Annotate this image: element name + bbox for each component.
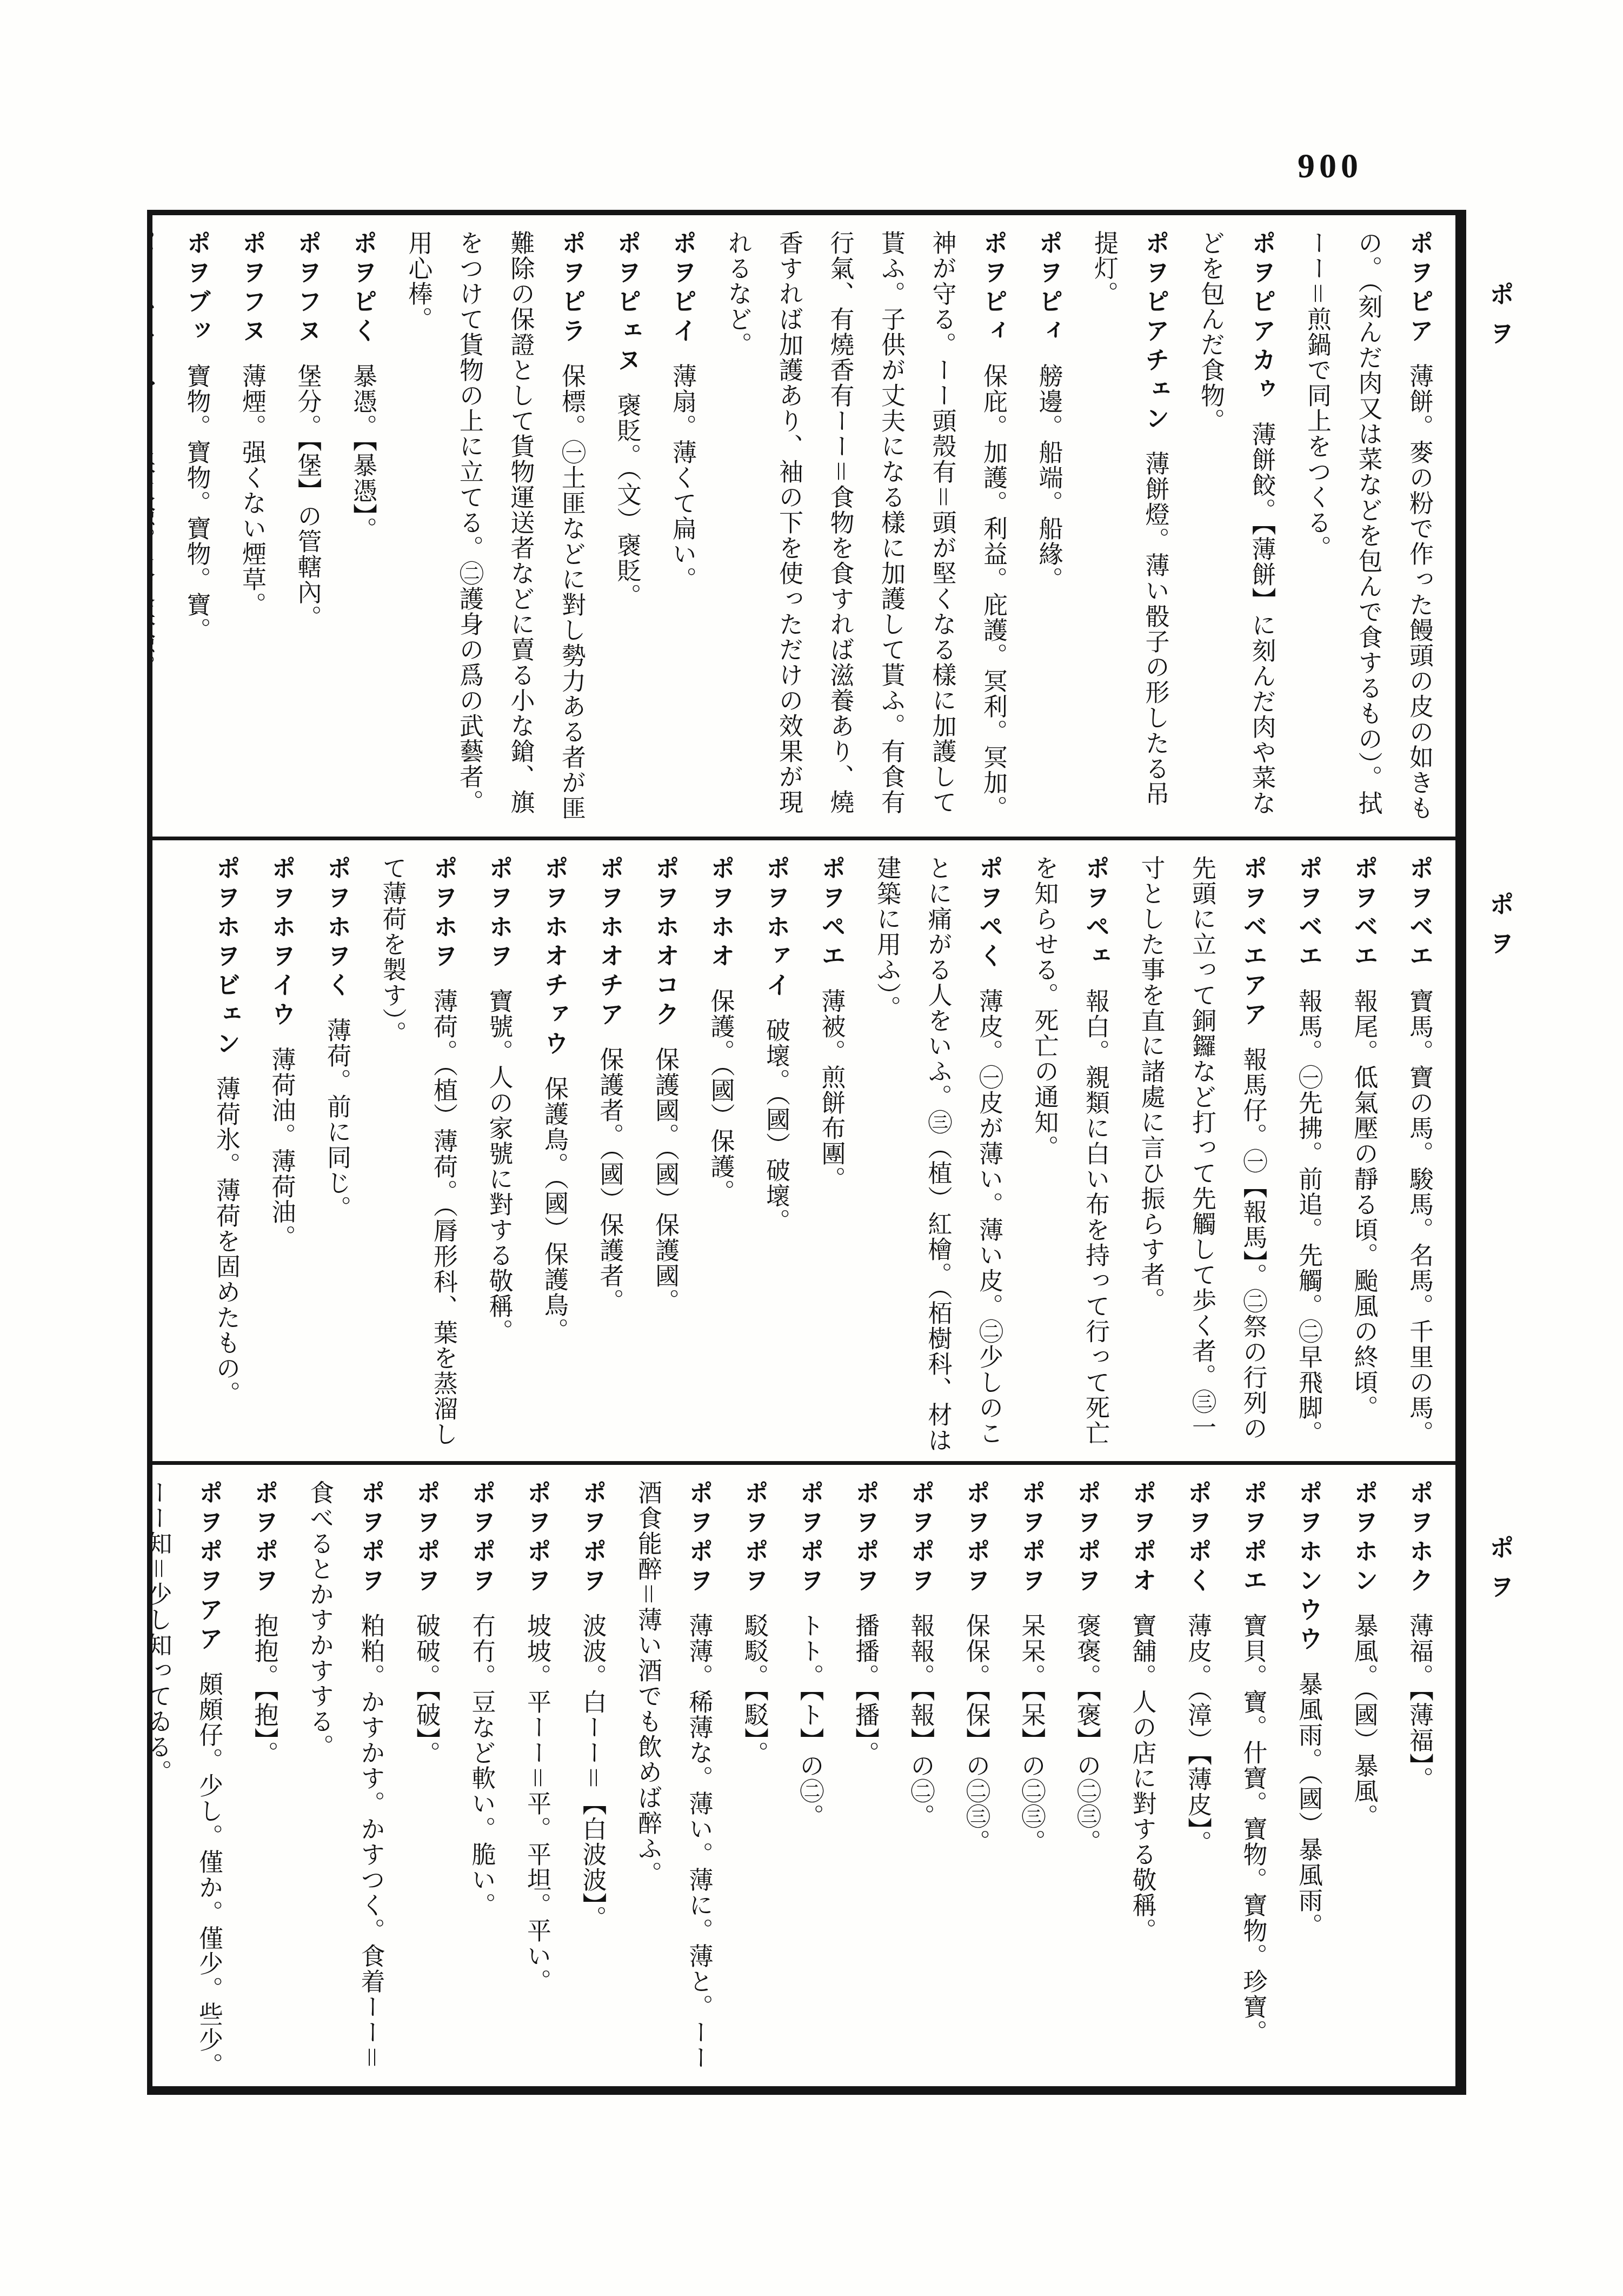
entry-headword: ポヲポオ <box>1129 1480 1156 1597</box>
dictionary-entry: ポヲピイ薄扇。薄くて扁い。 <box>657 230 708 832</box>
dictionary-entry: ポヲポヲ粕粕。かすかす。かすつく。食着ーー＝食べるとかすかすする。 <box>294 1480 396 2082</box>
dictionary-entry: ポヲホヲビェン薄荷氷。薄荷を固めたもの。 <box>201 855 252 1457</box>
entry-headword: ポヲフヌ <box>238 230 266 347</box>
dictionary-entry: ポヲペエ薄被。煎餅布團。 <box>806 855 857 1457</box>
entry-definition: 寶馬。寶の馬。駿馬。名馬。千里の馬。 <box>1406 988 1433 1446</box>
entry-definition: 駁駁。【駁】。 <box>741 1613 768 1767</box>
entry-definition: 薄皮。（漳）【薄皮】。 <box>1184 1613 1211 1856</box>
dictionary-entry: ポヲホヲく薄荷。前に同じ。 <box>311 855 363 1457</box>
entry-headword: ポヲペェ <box>1082 855 1109 972</box>
dictionary-page: 900 ポヲ ポヲ ポヲ ポヲピア薄餅。麥の粉で作った饅頭の皮の如きもの。（刻ん… <box>0 0 1623 2296</box>
entry-headword: ポヲポエ <box>1240 1480 1267 1597</box>
dictionary-entry: ポヲホオチァウ保護鳥。（國）保護鳥。 <box>529 855 580 1457</box>
dictionary-section-middle: ポヲベエ寶馬。寶の馬。駿馬。名馬。千里の馬。ポヲベエ報尾。低氣壓の靜る頃。颱風の… <box>152 837 1455 1462</box>
dictionary-entry: ポヲホオチア保護者。（國）保護者。 <box>584 855 635 1457</box>
entry-headword: ポヲホク <box>1406 1480 1433 1597</box>
page-number: 900 <box>1298 146 1362 186</box>
entry-headword: ポヲポヲ <box>796 1480 824 1597</box>
entry-headword: ポヲブッ <box>183 230 211 347</box>
dictionary-entry: ポヲホヲ寶號。人の家號に對する敬稱。 <box>473 855 524 1457</box>
entry-headword: ポヲベエ <box>1406 855 1433 972</box>
entry-headword: ポヲピア <box>1406 230 1433 347</box>
entry-headword: ポヲペエ <box>818 855 846 972</box>
dictionary-entry: ポヲホンウウ暴風雨。（國）暴風雨。 <box>1283 1480 1334 2082</box>
dictionary-entry: ポヲポヲアア頗頗仔。少し。僅か。僅少。些少。ーー知＝少し知ってゐる。 <box>152 1480 234 2082</box>
dictionary-entry: ポヲホヲイウ薄荷油。薄荷油。 <box>256 855 307 1457</box>
entry-definition: 破壞。（國）破壞。 <box>762 1018 789 1235</box>
entry-headword: ポヲホオ <box>707 855 735 972</box>
entry-headword: ポヲベエアア <box>1240 855 1267 1031</box>
entry-definition: 寶物。寶物。寶物。寶。 <box>183 363 210 643</box>
entry-headword: ポヲピアカゥ <box>1248 230 1276 406</box>
entry-headword: ポヲピィ <box>1035 230 1063 347</box>
dictionary-entry: ポヲポエ寶貝。寶。什寶。寶物。寶物。珍寶。 <box>1227 1480 1279 2082</box>
entry-headword: ポヲポヲ <box>413 1480 440 1597</box>
entry-definition: 薄福。【薄福】。 <box>1406 1613 1433 1792</box>
dictionary-entry: ポヲピィ保庇。加護。利益。庇護。冥利。冥加。神が守る。ーー頭殼有＝頭が堅くなる樣… <box>712 230 1019 832</box>
entry-headword: ポヲポヲ <box>1073 1480 1101 1597</box>
dictionary-entry: ポヲピアカゥ薄餅餃。【薄餅】に刻んだ肉や菜などを包んだ食物。 <box>1185 230 1287 832</box>
entry-headword: ポヲポヲアア <box>195 1480 223 1655</box>
dictionary-entry: ポヲポヲ褒褒。【褒】の㊁㊂。 <box>1061 1480 1113 2082</box>
dictionary-entry: ポヲピアチェン薄餅燈。薄い骰子の形したる吊提灯。 <box>1079 230 1181 832</box>
dictionary-section-top: ポヲピア薄餅。麥の粉で作った饅頭の皮の如きもの。（刻んだ肉又は菜などを包んで食す… <box>152 215 1455 837</box>
entry-definition: 報尾。低氣壓の靜る頃。颱風の終頃。 <box>1351 988 1378 1421</box>
entry-headword: ポヲホヲビェン <box>212 855 240 1060</box>
entry-headword: ポヲポヲ <box>468 1480 496 1597</box>
entry-definition: 破破。【破】。 <box>413 1613 440 1767</box>
dictionary-entry: ポヲポく薄皮。（漳）【薄皮】。 <box>1172 1480 1223 2082</box>
dictionary-entry: ポヲポヲ波波。白ーー＝【白波波】。 <box>567 1480 618 2082</box>
dictionary-entry: ポヲポヲ播播。【播】。 <box>840 1480 891 2082</box>
entry-definition: 冇冇。豆など軟い。脆い。 <box>468 1613 495 1918</box>
entry-definition: 保護者。（國）保護者。 <box>596 1047 623 1315</box>
entry-headword: ポヲホヲイウ <box>268 855 296 1031</box>
entry-definition: 薄荷油。薄荷油。 <box>268 1047 295 1250</box>
entry-definition: 寶貝。寶。什寶。寶物。寶物。珍寶。 <box>1240 1613 1267 2045</box>
dictionary-entry: ポヲピィ艕邊。船端。船緣。 <box>1023 230 1074 832</box>
entry-headword: ポヲフヌ <box>294 230 322 347</box>
entry-headword: ポヲポヲ <box>523 1480 551 1597</box>
entry-headword: ポヲポヲ <box>962 1480 990 1597</box>
entry-headword: ポヲポヲ <box>1018 1480 1046 1597</box>
entry-definition: 褒褒。【褒】の㊁㊂。 <box>1073 1613 1100 1855</box>
dictionary-entry: ポヲポオ寶舖。人の店に對する敬稱。 <box>1116 1480 1168 2082</box>
entry-headword: ポヲホヲ <box>485 855 513 972</box>
entry-headword: ポヲピく <box>349 230 377 347</box>
dictionary-entry: ポヲポヲ冇冇。豆など軟い。脆い。 <box>456 1480 507 2082</box>
dictionary-entry: ポヲホヲ薄荷。（植）薄荷。（脣形科、葉を蒸溜して薄荷を製す）。 <box>367 855 469 1457</box>
entry-definition: 艕邊。船端。船緣。 <box>1035 363 1062 592</box>
dictionary-entry: ポヲホオコク保護國。（國）保護國。 <box>640 855 691 1457</box>
dictionary-entry: ポヲベエ報尾。低氣壓の靜る頃。颱風の終頃。 <box>1338 855 1389 1457</box>
dictionary-entry: ポヲベエ報馬。㊀先拂。前追。先觸。㊁早飛脚。 <box>1283 855 1334 1457</box>
entry-definition: 薄煙。强くない煙草。 <box>238 363 265 618</box>
entry-headword: ポヲポく <box>1184 1480 1212 1597</box>
entry-headword: ポヲペく <box>975 855 1003 972</box>
dictionary-entry: ポヲペく薄皮。㊀皮が薄い。薄い皮。㊁少しのことに痛がる人をいふ。㊂（植）紅檜。（… <box>861 855 1015 1457</box>
dictionary-entry: ポヲポヲトト。【ト】の㊁。 <box>784 1480 835 2082</box>
dictionary-entry: ポヲピア薄餅。麥の粉で作った饅頭の皮の如きもの。（刻んだ肉又は菜などを包んで食す… <box>1292 230 1445 832</box>
dictionary-entry: ポヲポヲ薄薄。稀薄な。薄い。薄に。薄と。ーー酒食能醉＝薄い酒でも飲めば醉ふ。 <box>622 1480 724 2082</box>
entry-definition: 報馬。㊀先拂。前追。先觸。㊁早飛脚。 <box>1295 988 1322 1446</box>
entry-headword: ポヲポヲ <box>686 1480 713 1597</box>
dictionary-section-bottom: ポヲホク薄福。【薄福】。ポヲホン暴風。（國）暴風。ポヲホンウウ暴風雨。（國）暴風… <box>152 1461 1455 2086</box>
entry-definition: 襃貶。（文）襃貶。 <box>614 393 641 609</box>
entry-definition: トト。【ト】の㊁。 <box>796 1613 823 1830</box>
entry-headword: ポヲピラ <box>558 230 586 347</box>
entry-headword: ポヲホオコク <box>651 855 679 1031</box>
entry-definition: 薄荷。前に同じ。 <box>323 1018 350 1221</box>
entry-definition: 保火險。火災保險。 <box>152 451 155 680</box>
dictionary-entry: ポヲブッ寶物。寶物。寶物。寶。 <box>171 230 222 832</box>
entry-definition: 寶舖。人の店に對する敬稱。 <box>1129 1613 1156 1943</box>
dictionary-entry: ポヲポヲ報報。【報】の㊁。 <box>895 1480 946 2082</box>
entry-definition: 播播。【播】。 <box>852 1613 879 1767</box>
dictionary-entry: ポヲピェヌ襃貶。（文）襃貶。 <box>601 230 653 832</box>
entry-definition: 薄扇。薄くて扁い。 <box>669 363 696 592</box>
entry-headword: ポヲポヲ <box>741 1480 768 1597</box>
entry-headword: ポヲピアチェン <box>1142 230 1169 435</box>
margin-index-label: ポヲ <box>1482 1535 1518 1612</box>
page-frame: ポヲピア薄餅。麥の粉で作った饅頭の皮の如きもの。（刻んだ肉又は菜などを包んで食す… <box>147 210 1466 2095</box>
entry-definition: 薄荷氷。薄荷を固めたもの。 <box>212 1076 240 1406</box>
entry-definition: 堡分。【堡】の管轄內。 <box>294 363 321 631</box>
dictionary-entry: ポヲポヲ呆呆。【呆】の㊁㊂。 <box>1006 1480 1057 2082</box>
entry-headword: ポヲポヲ <box>579 1480 607 1597</box>
entry-headword: ポヲホオチァウ <box>541 855 568 1060</box>
dictionary-entry: ポヲホオ保護。（國）保護。 <box>695 855 746 1457</box>
entry-headword: ポヲホンウウ <box>1295 1480 1322 1655</box>
dictionary-entry: ポヲフヌ堡分。【堡】の管轄內。 <box>282 230 333 832</box>
entry-headword: ポヲポヲ <box>907 1480 935 1597</box>
entry-definition: 呆呆。【呆】の㊁㊂。 <box>1018 1613 1045 1855</box>
dictionary-entry: ポヲポヲ破破。【破】。 <box>401 1480 452 2082</box>
entry-definition: 暴憑。【暴憑】。 <box>349 363 376 542</box>
dictionary-entry: ポヲピラ保標。㊀土匪などに對し勢力ある者が匪難除の保證として貨物運送者などに賣る… <box>393 230 597 832</box>
entry-definition: 報報。【報】の㊁。 <box>907 1613 934 1830</box>
entry-definition: 抱抱。【抱】。 <box>251 1613 278 1767</box>
entry-definition: 暴風。（國）暴風。 <box>1351 1613 1378 1830</box>
entry-headword: ポヲピェヌ <box>614 230 641 376</box>
entry-definition: 暴風雨。（國）暴風雨。 <box>1295 1671 1322 1939</box>
entry-headword: ポヲホオチア <box>596 855 624 1031</box>
entry-headword: ポヲホヲく <box>323 855 351 1001</box>
dictionary-entry: ポヲホン暴風。（國）暴風。 <box>1338 1480 1389 2082</box>
entry-definition: 保護。（國）保護。 <box>707 988 734 1205</box>
entry-definition: 保護國。（國）保護國。 <box>651 1047 679 1315</box>
dictionary-entry: ポヲピく暴憑。【暴憑】。 <box>337 230 389 832</box>
margin-index-label: ポヲ <box>1482 891 1518 969</box>
dictionary-entry: ポヲポヲ坡坡。平ーー＝平。平坦。平い。 <box>511 1480 563 2082</box>
entry-headword: ポヲポヲ <box>852 1480 879 1597</box>
margin-index-label: ポヲ <box>1482 281 1518 359</box>
dictionary-entry: ポヲベエ寶馬。寶の馬。駿馬。名馬。千里の馬。 <box>1394 855 1445 1457</box>
entry-headword: ポヲホァイ <box>762 855 790 1001</box>
dictionary-entry: ポヲポヲ抱抱。【抱】。 <box>238 1480 290 2082</box>
entry-definition: 坡坡。平ーー＝平。平坦。平い。 <box>523 1613 550 1994</box>
dictionary-entry: ポヲベエアア報馬仔。㊀【報馬】。㊁祭の行列の先頭に立って銅鑼など打って先觸して歩… <box>1125 855 1279 1457</box>
entry-definition: 寶號。人の家號に對する敬稱。 <box>485 988 513 1344</box>
entry-definition: 保庇。加護。利益。庇護。冥利。冥加。神が守る。ーー頭殼有＝頭が堅くなる樣に加護し… <box>724 230 1007 821</box>
entry-headword: ポヲホヲ <box>430 855 457 972</box>
dictionary-entry: ポヲホァイ破壞。（國）破壞。 <box>750 855 802 1457</box>
entry-headword: ポヲポヲ <box>357 1480 385 1597</box>
entry-headword: ポヲヘエヒァム <box>152 230 155 435</box>
entry-headword: ポヲベエ <box>1295 855 1322 972</box>
dictionary-entry: ポヲホク薄福。【薄福】。 <box>1394 1480 1445 2082</box>
entry-definition: 薄被。煎餅布團。 <box>818 988 845 1192</box>
entry-headword: ポヲホン <box>1351 1480 1378 1597</box>
entry-headword: ポヲポヲ <box>251 1480 278 1597</box>
entry-headword: ポヲピイ <box>669 230 696 347</box>
entry-definition: 保護鳥。（國）保護鳥。 <box>541 1076 568 1344</box>
dictionary-entry: ポヲペェ報白。親類に白い布を持って行って死亡を知らせる。死亡の通知。 <box>1019 855 1121 1457</box>
entry-definition: 波波。白ーー＝【白波波】。 <box>579 1613 606 1932</box>
entry-headword: ポヲピィ <box>980 230 1007 347</box>
dictionary-entry: ポヲポヲ保保。【保】の㊁㊂。 <box>950 1480 1002 2082</box>
entry-headword: ポヲベエ <box>1351 855 1378 972</box>
dictionary-entry: ポヲフヌ薄煙。强くない煙草。 <box>227 230 278 832</box>
dictionary-entry: ポヲポヲ駁駁。【駁】。 <box>729 1480 780 2082</box>
dictionary-entry: ポヲヘエヒァム保火險。火災保險。 <box>152 230 167 832</box>
entry-definition: 保保。【保】の㊁㊂。 <box>962 1613 989 1855</box>
